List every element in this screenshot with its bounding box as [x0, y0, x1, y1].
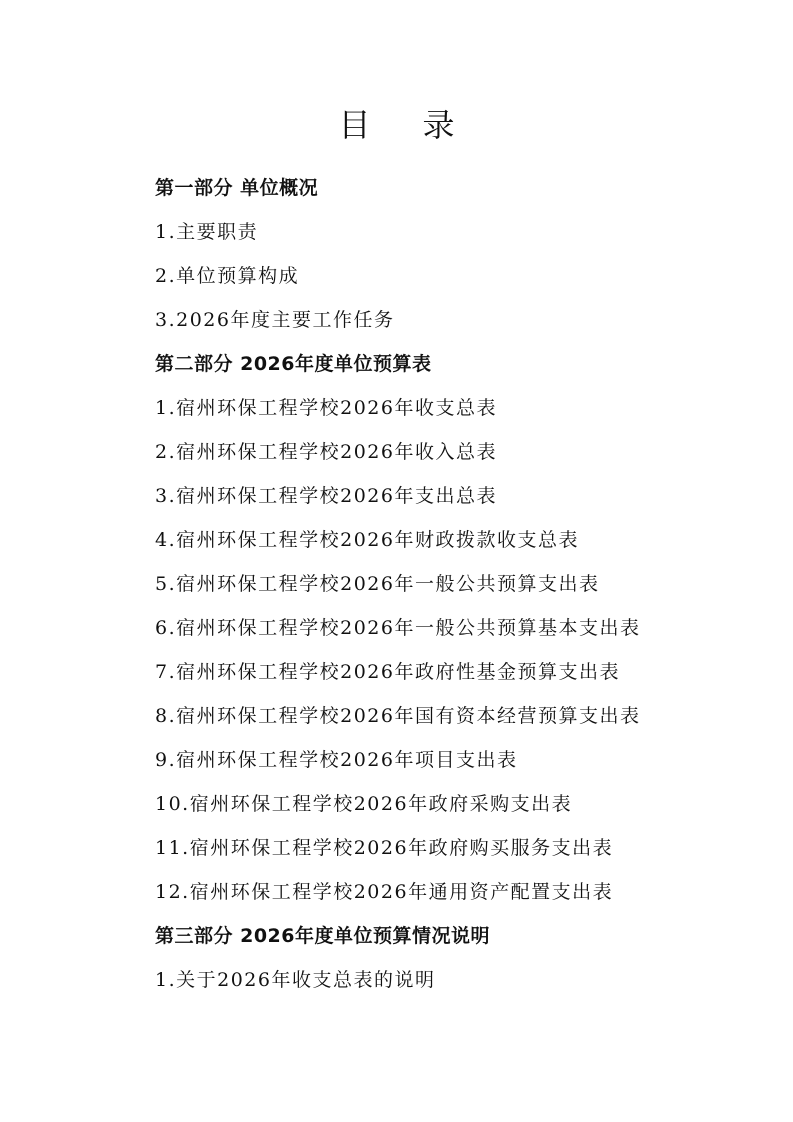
toc-section-part-2[interactable]: 第二部分 2026年度单位预算表	[155, 347, 675, 391]
toc-item[interactable]: 3.宿州环保工程学校2026年支出总表	[155, 479, 675, 523]
page-title: 目录	[0, 100, 793, 146]
toc-item[interactable]: 8.宿州环保工程学校2026年国有资本经营预算支出表	[155, 699, 675, 743]
toc-section-part-3[interactable]: 第三部分 2026年度单位预算情况说明	[155, 919, 675, 963]
toc-item[interactable]: 1.主要职责	[155, 215, 675, 259]
toc-item[interactable]: 1.关于2026年收支总表的说明	[155, 963, 675, 1007]
toc-item[interactable]: 5.宿州环保工程学校2026年一般公共预算支出表	[155, 567, 675, 611]
toc-item[interactable]: 11.宿州环保工程学校2026年政府购买服务支出表	[155, 831, 675, 875]
toc-section-part-1[interactable]: 第一部分 单位概况	[155, 171, 675, 215]
toc-item[interactable]: 1.宿州环保工程学校2026年收支总表	[155, 391, 675, 435]
toc-item[interactable]: 3.2026年度主要工作任务	[155, 303, 675, 347]
toc-item[interactable]: 7.宿州环保工程学校2026年政府性基金预算支出表	[155, 655, 675, 699]
toc-item[interactable]: 2.单位预算构成	[155, 259, 675, 303]
title-char-1: 目	[338, 100, 370, 146]
toc-item[interactable]: 10.宿州环保工程学校2026年政府采购支出表	[155, 787, 675, 831]
toc-item[interactable]: 9.宿州环保工程学校2026年项目支出表	[155, 743, 675, 787]
table-of-contents: 第一部分 单位概况 1.主要职责 2.单位预算构成 3.2026年度主要工作任务…	[155, 171, 675, 1007]
toc-item[interactable]: 12.宿州环保工程学校2026年通用资产配置支出表	[155, 875, 675, 919]
toc-item[interactable]: 2.宿州环保工程学校2026年收入总表	[155, 435, 675, 479]
toc-item[interactable]: 4.宿州环保工程学校2026年财政拨款收支总表	[155, 523, 675, 567]
title-char-2: 录	[423, 100, 455, 146]
toc-item[interactable]: 6.宿州环保工程学校2026年一般公共预算基本支出表	[155, 611, 675, 655]
